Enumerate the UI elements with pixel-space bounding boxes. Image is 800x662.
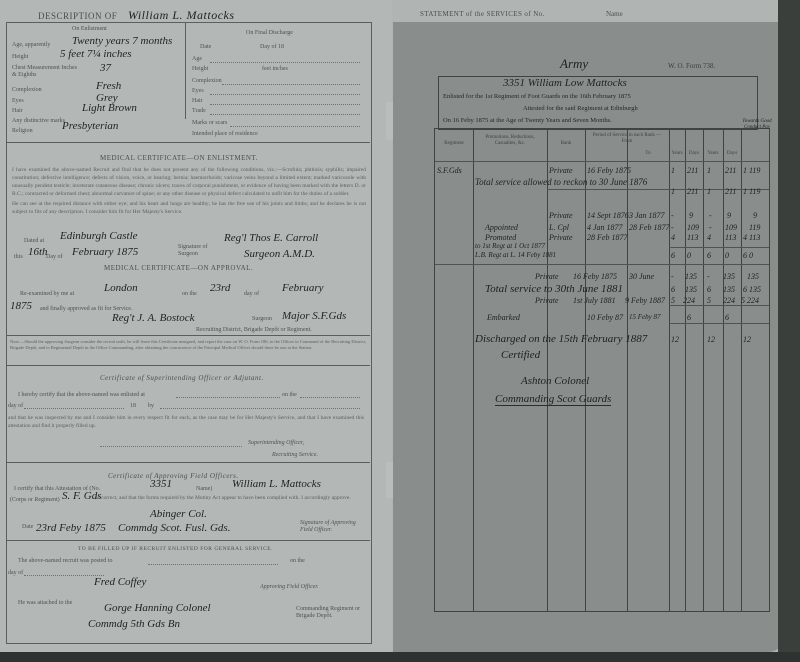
discharge-date-suffix: Day of 18 (260, 44, 284, 51)
superintending-sig-label: Superintending Officer, (248, 440, 304, 447)
commanding-label: Commanding Regiment or Brigade Depôt. (296, 606, 362, 620)
certifier-title: Commanding Scot Guards (495, 393, 611, 406)
army-label: Army (560, 56, 588, 72)
col-header-good-conduct: Towards Good Conduct Pay (742, 119, 772, 131)
approving-soldier-name: William L. Mattocks (232, 478, 321, 490)
col-header-rank: Rank (549, 141, 583, 147)
column-divider (723, 129, 724, 611)
superintending-body: and that he was inspected by me and I co… (8, 414, 364, 430)
medical-enlistment-body2: He can see at the required distance with… (12, 200, 366, 216)
field-officer-label: Approving Field Officer. (260, 584, 319, 591)
rule (300, 397, 360, 398)
row-9-event: Total service to 30th June 1881 (485, 283, 623, 295)
approving-signature-title: Commdg Scot. Fusl. Gds. (118, 522, 230, 534)
row-8-y1: - (671, 272, 674, 281)
this-label: this (14, 254, 23, 261)
row-3-y1: - (671, 211, 674, 220)
field-height-value: 5 feet 7¼ inches (60, 48, 131, 60)
section-divider (6, 540, 370, 541)
field-marks-label: Any distinctive marks (12, 118, 65, 125)
enlisted-line: Enlisted for the 1st Regiment of Foot Gu… (443, 93, 631, 100)
field-complexion-label: Complexion (12, 87, 42, 94)
row-3-rank: Private (549, 211, 573, 220)
soldier-number: 3351 (150, 478, 172, 490)
discharge-hair-label: Hair (192, 98, 203, 105)
column-divider (741, 129, 742, 611)
field-chest-value: 37 (100, 62, 111, 74)
column-divider (585, 129, 586, 611)
field-chest-label: Chest Measurement Inches & Eighths (12, 65, 82, 79)
column-divider (669, 129, 670, 611)
approving-title: Certificate of Approving Field Officers. (108, 472, 239, 480)
rule (148, 564, 278, 565)
row-1-d2: 211 (725, 166, 736, 175)
row-divider (435, 264, 769, 265)
approval-place: London (104, 282, 138, 294)
row-9-y1: 6 (671, 285, 675, 294)
section-divider (6, 365, 370, 366)
rule (176, 397, 280, 398)
name-label: Name) (196, 486, 212, 493)
row-2-d1: 211 (687, 187, 698, 196)
row-1-from: 16 Feby 1875 (587, 166, 631, 175)
service-table: Regiment Promotions, Reductions, Casualt… (434, 128, 770, 612)
row-8-d1: 135 (685, 272, 697, 281)
posted-label: The above-named recruit was posted to (18, 558, 112, 565)
attached-label: He was attached to the (18, 600, 72, 607)
col-header-days: Days (686, 151, 702, 157)
row-divider (669, 305, 769, 306)
row-divider (669, 323, 769, 324)
row-5-from: 28 Feb 1877 (587, 233, 627, 242)
header-divider (435, 161, 769, 162)
column-divider (627, 129, 628, 611)
description-title: DESCRIPTION OF William L. Mattocks (38, 8, 235, 23)
row-9-d1: 135 (685, 285, 697, 294)
section-divider (6, 335, 370, 336)
rule (210, 104, 360, 105)
approval-day: 23rd (210, 282, 230, 294)
row-9-y2: 6 (707, 285, 711, 294)
row-5-event: Promoted (485, 233, 516, 242)
discharge-complexion-label: Complexion (192, 78, 222, 85)
approval-year: 1875 (10, 300, 32, 312)
row-11-d1: 6 (687, 313, 691, 322)
on-the-label: on the (282, 392, 297, 399)
commanding-signature-title: Commdg 5th Gds Bn (88, 618, 180, 630)
col-header-days-2: Days (724, 151, 740, 157)
col-header-from: Period of Service in each Rank — From (587, 133, 667, 145)
field-religion-value: Presbyterian (62, 120, 118, 132)
row-5-d2: 113 (725, 233, 736, 242)
row-3-y2: - (709, 211, 712, 220)
by-label: by (148, 403, 154, 410)
col-header-to: To (629, 151, 667, 157)
reexamined-label: Re-examined by me at (20, 291, 74, 298)
row-9-d2: 135 (723, 285, 735, 294)
dated-at-value: Edinburgh Castle (60, 230, 138, 242)
date-label: Date (22, 524, 33, 531)
certifier-signature: Ashton Colonel (521, 375, 589, 387)
row-4-gc: 119 (749, 223, 760, 232)
row-3-d2: 9 (727, 211, 731, 220)
row-2-y1: 1 (671, 187, 675, 196)
divider (185, 22, 186, 119)
row-4-event: Appointed (485, 223, 518, 232)
field-hair-label: Hair (12, 108, 23, 115)
approving-sig-label: Signature of Approving Field Officer. (300, 520, 360, 534)
commanding-signature: Gorge Hanning Colonel (104, 602, 211, 614)
surgeon-signature: Reg'l Thos E. Carroll (224, 232, 318, 244)
discharge-trade-label: Trade (192, 108, 206, 115)
approving-signature: Abinger Col. (150, 508, 207, 520)
day-of-label: day of (244, 291, 259, 298)
row-11-event: Embarked (487, 313, 520, 322)
discharge-eyes-label: Eyes (192, 88, 204, 95)
superintending-title: Certificate of Superintending Officer or… (100, 374, 264, 382)
surgeon-label: Surgeon (252, 316, 272, 323)
col-header-regiment: Regiment (437, 141, 471, 147)
field-height-label: Height (12, 54, 28, 61)
discharge-marks-label: Marks or scars (192, 120, 227, 127)
attested-line: Attested for the said Regiment at Edinbu… (523, 105, 638, 112)
row-4-d1: 109 (687, 223, 699, 232)
row-10-from: 1st July 1881 (573, 296, 616, 305)
row-7-d2: 0 (725, 251, 729, 260)
col-header-years-2: Years (704, 151, 722, 157)
day-of-label: day of (8, 403, 23, 410)
row-5-rank: Private (549, 233, 573, 242)
column-divider (473, 129, 474, 611)
soldier-name: William L. Mattocks (128, 8, 235, 22)
rule (210, 62, 360, 63)
day-of-label: day of (8, 570, 23, 577)
on-enlistment-header: On Enlistment (72, 26, 107, 33)
statement-header: STATEMENT of the SERVICES of No. (420, 10, 545, 18)
discharge-age-label: Age (192, 56, 202, 63)
row-10-rank: Private (535, 296, 559, 305)
row-10-to: 9 Feby 1887 (625, 296, 665, 305)
row-divider (669, 247, 769, 248)
on-the-label: on the (182, 291, 197, 298)
day-of-label: Day of (46, 254, 63, 261)
rule (210, 94, 360, 95)
scan-edge (778, 0, 800, 662)
row-4-from: 4 Jan 1877 (587, 223, 623, 232)
record-name: 3351 William Low Mattocks (503, 77, 627, 89)
row-7-y2: 6 (707, 251, 711, 260)
recruiting-service-label: Recruiting Service. (272, 452, 318, 459)
signature-line (100, 446, 242, 447)
row-1-d1: 211 (687, 166, 698, 175)
discharge-residence-label: Intended place of residence (192, 131, 258, 138)
row-8-rank: Private (535, 272, 559, 281)
row-12-gc: 12 (743, 335, 751, 344)
row-10-y2: 5 (707, 296, 711, 305)
field-complexion-value: Fresh (96, 80, 121, 92)
corps-label: (Corps or Regiment) (10, 497, 60, 504)
statement-name-label: Name (606, 10, 623, 18)
field-hair-value: Light Brown (82, 102, 137, 114)
row-8-y2: - (707, 272, 710, 281)
field-eyes-label: Eyes (12, 98, 24, 105)
row-10-d1: 224 (683, 296, 695, 305)
row-7-d1: 0 (687, 251, 691, 260)
row-8-gc: 135 (747, 272, 759, 281)
field-age-value: Twenty years 7 months (72, 35, 172, 47)
col-header-promotions: Promotions, Reductions, Casualties, &c. (475, 135, 545, 147)
row-11-from: 10 Feby 87 (587, 313, 623, 322)
enlistment-header-box: 3351 William Low Mattocks Enlisted for t… (438, 76, 758, 130)
medical-enlistment-title: MEDICAL CERTIFICATE—ON ENLISTMENT. (100, 154, 258, 162)
section-divider (6, 462, 370, 463)
discharge-height-label: Height (192, 66, 208, 73)
row-9-gc: 6 135 (743, 285, 761, 294)
row-7-y1: 6 (671, 251, 675, 260)
on-discharge-header: On Final Discharge (246, 30, 293, 37)
rule (24, 575, 104, 576)
row-10-gc: 5 224 (741, 296, 759, 305)
row-1-regiment: S.F.Gds (437, 166, 462, 175)
scan-bottom-edge (0, 652, 800, 662)
row-11-d2: 6 (725, 313, 729, 322)
discharge-date-label: Date (200, 44, 211, 51)
dated-at-label: Dated at (24, 238, 44, 245)
superintending-line1: I hereby certify that the above-named wa… (18, 392, 145, 399)
row-7-gc: 6 0 (743, 251, 753, 260)
section-divider (6, 142, 370, 143)
row-4-rank: L. Cpl (549, 223, 569, 232)
enlistment-month: February 1875 (72, 246, 138, 258)
row-4-to: 28 Feb 1877 (629, 223, 669, 232)
row-2-event: Total service allowed to reckon to 30 Ju… (475, 177, 647, 187)
row-10-y1: 5 (671, 296, 675, 305)
column-divider (703, 129, 704, 611)
row-3-d1: 9 (689, 211, 693, 220)
row-4-d2: 109 (725, 223, 737, 232)
general-service-title: TO BE FILLED UP IF RECRUIT ENLISTED FOR … (78, 546, 273, 552)
on-the-label: on the (290, 558, 305, 565)
row-1-rank: Private (549, 166, 573, 175)
rule (222, 84, 360, 85)
row-1-gc: 1 119 (743, 166, 760, 175)
medical-enlistment-body: I have examined the above-named Recruit … (12, 166, 366, 198)
certified-label: Certified (501, 349, 540, 361)
rule (230, 126, 360, 127)
approval-rank: Major S.F.Gds (282, 310, 346, 322)
row-8-from: 16 Feby 1875 (573, 272, 617, 281)
row-11-to: 15 Feby 87 (629, 313, 661, 321)
medical-approval-title: MEDICAL CERTIFICATE—ON APPROVAL. (104, 264, 253, 272)
row-5-gc: 4 113 (743, 233, 760, 242)
row-3-gc: 9 (753, 211, 757, 220)
rule (24, 408, 124, 409)
approving-body: is correct, and that the forms required … (96, 494, 358, 502)
year-label: 18 (130, 403, 136, 410)
row-6-event: to 1st Regt at 1 Oct 1877 (475, 242, 545, 250)
age-line: On 16 Feby 1875 at the Age of Twenty Yea… (443, 117, 612, 124)
row-5-d1: 113 (687, 233, 698, 242)
row-3-from: 14 Sept 1876 (587, 211, 629, 220)
field-religion-label: Religion (12, 128, 33, 135)
row-5-y2: 4 (707, 233, 711, 242)
scanned-document: DESCRIPTION OF William L. Mattocks On En… (0, 0, 800, 662)
column-divider (685, 129, 686, 611)
row-1-y1: 1 (671, 166, 675, 175)
row-1-y2: 1 (707, 166, 711, 175)
rule (210, 114, 360, 115)
title-label: DESCRIPTION OF (38, 11, 117, 21)
surgeon-signature-label: Signature of Surgeon (178, 244, 218, 258)
row-3-to: 3 Jan 1877 (629, 211, 665, 220)
surgeon-signature-title: Surgeon A.M.D. (244, 248, 315, 260)
row-4-y2: - (709, 223, 712, 232)
row-12-y2: 12 (707, 335, 715, 344)
row-5-y1: 4 (671, 233, 675, 242)
row-10-d2: 224 (723, 296, 735, 305)
row-7-event: L.B. Regt at L. 14 Feby 1881 (475, 251, 556, 259)
row-2-d2: 211 (725, 187, 736, 196)
row-8-d2: 135 (723, 272, 735, 281)
discharge-height-suffix: feet inches (262, 66, 288, 73)
approval-surgeon-signature: Reg't J. A. Bostock (112, 312, 194, 324)
col-header-years: Years (670, 151, 684, 157)
column-divider (547, 129, 548, 611)
approval-month: February (282, 282, 324, 294)
field-officer-signature: Fred Coffey (94, 576, 146, 588)
approval-note: Note.—Should the approving Surgeon consi… (10, 339, 366, 351)
field-age-label: Age, apparently (12, 42, 50, 49)
enlistment-day: 16th (28, 246, 48, 258)
row-2-gc: 1 119 (743, 187, 760, 196)
row-12-y1: 12 (671, 335, 679, 344)
row-4-y1: - (671, 223, 674, 232)
recruiting-district-label: Recruiting District, Brigade Depôt or Re… (196, 327, 312, 334)
row-12-event: Discharged on the 15th February 1887 (475, 333, 647, 345)
rule (160, 408, 360, 409)
row-2-y2: 1 (707, 187, 711, 196)
row-8-to: 30 June (629, 272, 654, 281)
approving-date: 23rd Feby 1875 (36, 522, 106, 534)
form-number: W. O. Form 738. (668, 62, 715, 70)
